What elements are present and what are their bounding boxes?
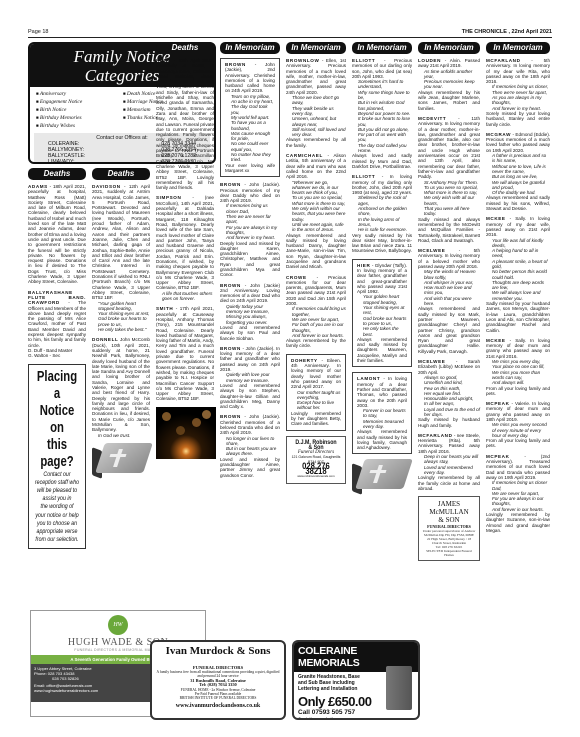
memoriam-notice: MCPEAK - Valerie. In loving memory of de…: [486, 401, 550, 449]
memoriam-notice: MCPEAK - (2nd Anniversary). Treasured me…: [486, 454, 550, 533]
memoriam-notice: BROWN - John (Jackie). Cherished memorie…: [220, 414, 280, 478]
category-item: Birthday Memories: [36, 114, 123, 122]
bible-image: [92, 443, 154, 479]
mcmullan-funeral-ad: JAMES McMULLAN & SON FUNERAL DIRECTORS U…: [418, 496, 480, 561]
memoriam-notice: LOUDEN - Alvin. Passed away 21st April 2…: [418, 58, 480, 111]
page-header: Page 18 THE CHRONICLE , 22nd April 2021: [28, 28, 552, 38]
bible-image: [352, 459, 414, 495]
memoriam-notice: CROWE - Precious memories for our dear p…: [286, 275, 346, 349]
memoriam-notice: MCGRAW - Edmond (Eddie). Precious memori…: [486, 132, 550, 211]
memoriam-notice: MCDEVITT - 11th Anniversary. In loving m…: [418, 116, 480, 243]
death-notice: SIMPSON - (nee McCollum), 14th April 202…: [156, 195, 214, 301]
memoriam-column-6: In Memoriam ELLIOTT - Precious memories …: [352, 42, 412, 499]
memoriam-notice: CARMICHAEL - Alison Letitia, 5th anniver…: [286, 153, 346, 270]
memoriam-notice: ELLIOTT - Precious memories of our darli…: [352, 58, 412, 169]
candle-image: [156, 407, 216, 459]
death-notice: ADAMS - 18th April 2021, peacefully at h…: [28, 184, 86, 285]
deaths-column-1: Deaths ADAMS - 18th April 2021, peaceful…: [28, 168, 86, 549]
category-item: Birth Notice: [36, 106, 123, 114]
category-item: Engagement Notice: [36, 98, 123, 106]
memoriam-notice: HIER - Glyndwr (Taffy). In loving memory…: [352, 259, 412, 368]
death-notice: BALLYRASHANE FLUTE BAND. CRAWFORD - The …: [28, 290, 86, 359]
memoriam-notice: DOHERTY - Eileen. 4th Anniversary. In lo…: [286, 354, 346, 431]
death-notice: DAVIDSON - 12th April 2021, suddenly at …: [92, 184, 150, 332]
murdock-website-link[interactable]: www.ivanmurdockandsons.co.uk: [155, 703, 281, 709]
memoriam-column-8: In Memoriam MCFARLAND - 5th Anniversary.…: [486, 42, 550, 538]
placing-notice-box: Placing aNotice onthis page? Contact our…: [28, 364, 86, 550]
coleraine-memorials-ad: COLERAINE MEMORIALS Granite Headstones, …: [292, 640, 420, 720]
section-header-memoriam: In Memoriam: [418, 42, 480, 54]
memoriam-column-7: In Memoriam LOUDEN - Alvin. Passed away …: [418, 42, 480, 561]
masthead: THE CHRONICLE , 22nd April 2021: [462, 29, 552, 35]
headstone-image: [386, 666, 412, 710]
memoriam-notice: BROWN - John (Jackie) 2nd Anniversary. L…: [220, 283, 280, 341]
memoriam-notice: MCFARLAND - 5th Anniversary. In loving m…: [486, 58, 550, 127]
death-notice: SMITH - 17th April 2021, peacefully at C…: [156, 306, 214, 401]
ivan-murdock-ad: Ivan Murdock & Sons FUNERAL DIRECTORS A …: [150, 640, 286, 720]
section-header-deaths: Deaths: [156, 42, 214, 54]
robinson-funeral-ad: D.J.M. Robinson & Son Funeral Directors …: [286, 436, 346, 484]
section-header-deaths: Deaths: [28, 168, 86, 180]
death-notice: DONNELL John McComb (Duck), 10th April 2…: [92, 337, 150, 438]
memoriam-notice: LAMONT - In loving memory of a dear Fath…: [352, 372, 412, 454]
memoriam-notice: BROWN - John (Jackie). Precious memories…: [220, 182, 280, 277]
memoriam-notice: MCFARLAND - nee Steele, Henrietta (Rita)…: [418, 433, 480, 491]
memoriam-notice: MCELWEE - Sarah Elizabeth (Libby) McElwe…: [418, 359, 480, 428]
memoriam-notice: ELLIOTT - In loving memory of my darling…: [352, 174, 412, 253]
memoriam-notice: MCELWEE - 5th Anniversary. In loving mem…: [418, 248, 480, 354]
newspaper-page: Page 18 THE CHRONICLE , 22nd April 2021 …: [28, 28, 552, 718]
category-item: Anniversary: [36, 90, 123, 98]
section-header-memoriam: In Memoriam: [352, 42, 412, 54]
page-number: Page 18: [28, 29, 49, 35]
section-header-memoriam: In Memoriam: [486, 42, 550, 54]
category-item: Birthday Wishes: [36, 122, 123, 130]
memoriam-notice: BROWN - John (Jackie). In loving memory …: [220, 346, 280, 410]
deaths-column-3: Deaths HUNT - 15th April 2021, peacefull…: [156, 42, 214, 463]
memoriam-notice: MCKEE - Sally. In loving memory of my de…: [486, 216, 550, 333]
section-header-memoriam: In Memoriam: [286, 42, 346, 54]
death-notice: HUNT - 15th April 2021, peacefully at ho…: [156, 58, 214, 190]
memoriam-column-4: In Memoriam BROWN - John (Jackie), 2nd A…: [220, 42, 280, 483]
hw-logo-icon: HW: [108, 615, 128, 635]
memoriam-column-5: In Memoriam BROWNLOW - Ellen, 1st Annive…: [286, 42, 346, 484]
memoriam-notice: BROWN - John (Jackie), 2nd Anniversary. …: [220, 58, 280, 177]
deaths-column-2: Deaths DAVIDSON - 12th April 2021, sudde…: [92, 168, 150, 483]
memoriam-notice: BROWNLOW - Ellen, 1st Anniversary. Preci…: [286, 58, 346, 148]
section-header-memoriam: In Memoriam: [220, 42, 280, 54]
memoriam-notice: MCKEE - Sally. In loving memory of dear …: [486, 338, 550, 396]
section-header-deaths: Deaths: [92, 168, 150, 180]
